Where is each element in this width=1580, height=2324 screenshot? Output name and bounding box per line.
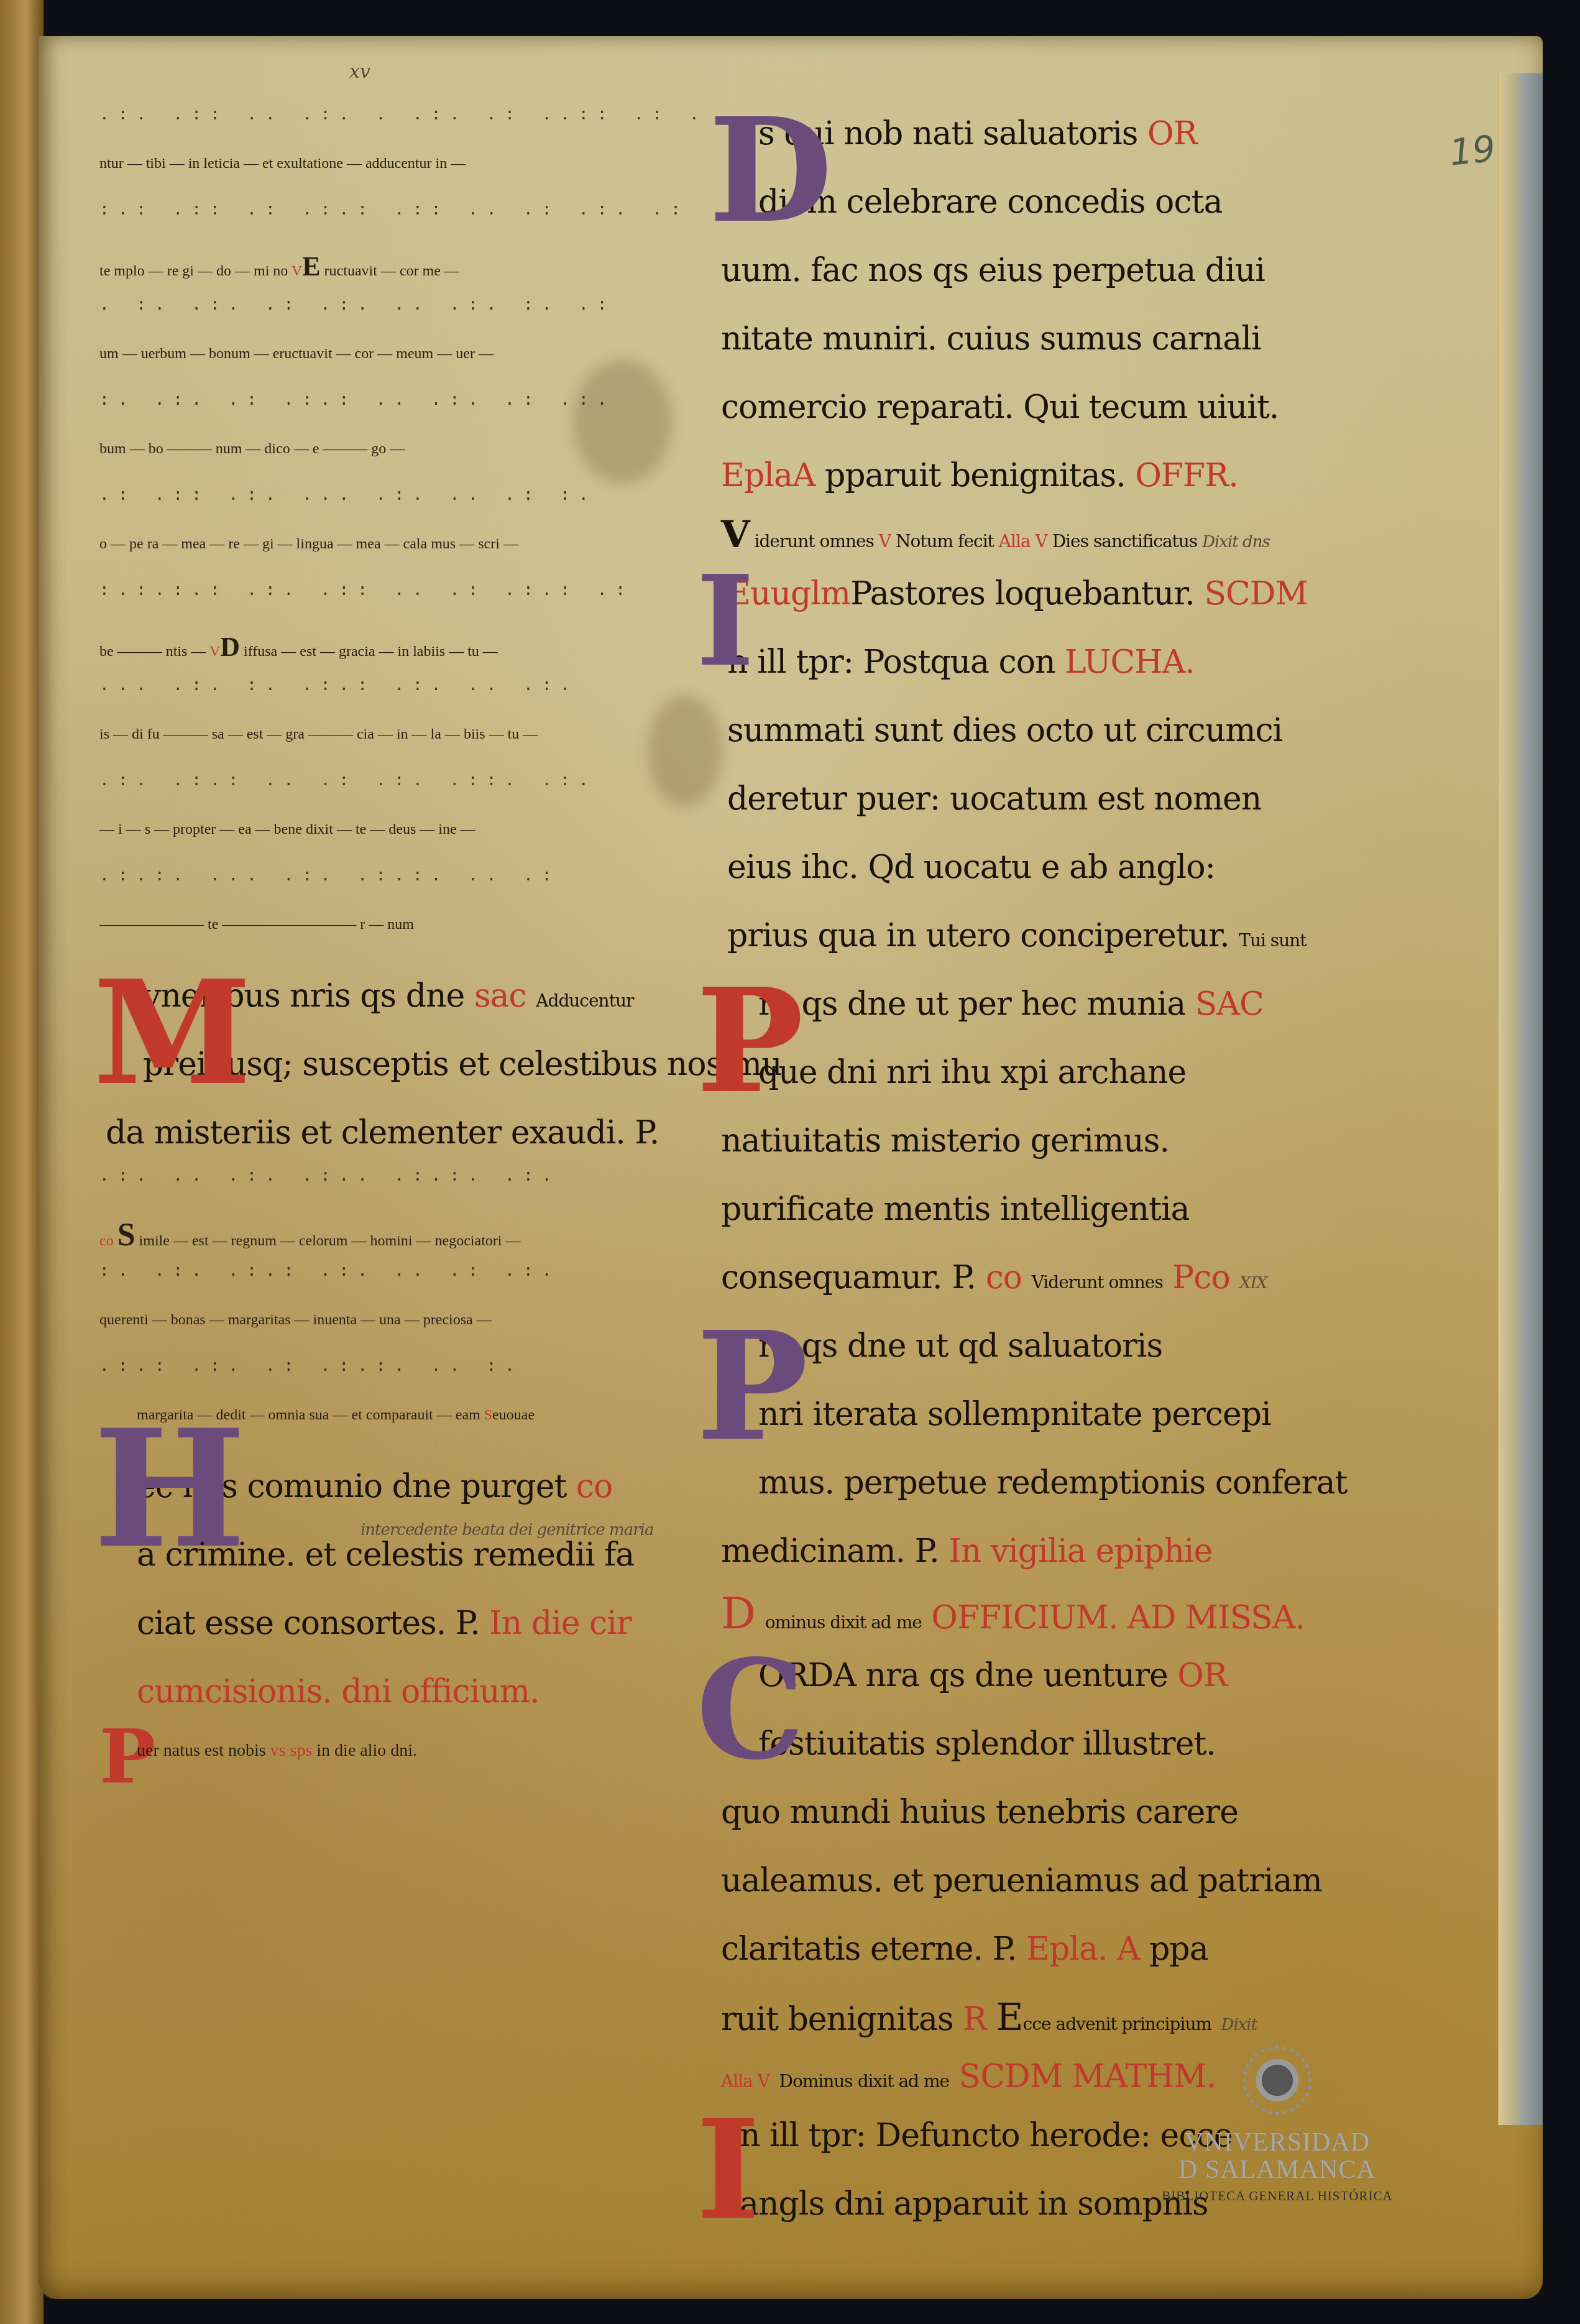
lyric-text: imile — est — regnum — celorum — homini … bbox=[139, 1233, 521, 1249]
rubric: OR bbox=[1177, 1657, 1227, 1694]
marginal-note: Dixit bbox=[1221, 2016, 1257, 2034]
text-line: nri iterata sollempnitate percepi bbox=[758, 1380, 1280, 1449]
lyric: — i — s — propter — ea — bene dixit — te… bbox=[99, 821, 696, 848]
versal-initial: E bbox=[996, 1996, 1023, 2039]
neumes: ... .:. :. .:.: .:. .. .:. bbox=[99, 676, 696, 726]
introit-cue: P uer natus est nobis vs sps in die alio… bbox=[99, 1726, 696, 1794]
top-mark: xv bbox=[349, 61, 370, 83]
neumes: .: .:: .:. ... .:. .. .: :. bbox=[99, 486, 696, 536]
neumes: :. .:. .: .:.: .. .:. .: .:. bbox=[99, 391, 696, 441]
neumes: :. .:. .:.: .:. .. .: .:. bbox=[99, 1262, 696, 1312]
rubric: sac bbox=[474, 977, 526, 1015]
chant-cue: Notum fecit bbox=[896, 531, 994, 551]
text-line: ualeamus. et perueniamus ad patriam bbox=[721, 1847, 1280, 1915]
text: medicinam. P. bbox=[721, 1533, 939, 1570]
text-line: nitate muniri. cuius sumus carnali bbox=[721, 305, 1280, 373]
rubric: co bbox=[986, 1259, 1022, 1296]
stamp-city: D SALAMANCA bbox=[1153, 2156, 1402, 2183]
lyric: ntur — tibi — in leticia — et exultation… bbox=[99, 155, 696, 182]
rubric: Pco bbox=[1172, 1259, 1229, 1296]
neumes: .:. .:.: .. .: .:. .::. .:. bbox=[99, 772, 696, 821]
stamp-university: VNIVERSIDAD bbox=[1153, 2129, 1402, 2156]
rubric: In die cir bbox=[489, 1605, 631, 1642]
chant-cue: Tui sunt bbox=[1239, 930, 1306, 951]
lyric-text: iffusa — est — gracia — in labiis — tu — bbox=[244, 643, 498, 660]
rubric: Epla. bbox=[1026, 1930, 1107, 1968]
lyric-text: ructuavit — cor me — bbox=[324, 263, 459, 279]
text: Pastores loquebantur. bbox=[850, 575, 1195, 612]
interlinear-gloss: intercedente beata dei genitrice maria bbox=[361, 1496, 653, 1564]
folio-number: 19 bbox=[1448, 127, 1498, 173]
text-line: ruit benignitas R Ecce advenit principiu… bbox=[721, 1983, 1280, 2052]
versal-initial: S bbox=[117, 1217, 135, 1253]
lyric: is — di fu ——— sa — est — gra ——— cia — … bbox=[99, 726, 696, 753]
collect: D s qui nob nati saluatoris OR diem cele… bbox=[721, 99, 1280, 441]
lyric: um — uerbum — bonum — eructuavit — cor —… bbox=[99, 346, 696, 372]
initial-letter: I bbox=[696, 2101, 760, 2238]
rubric: OFFR. bbox=[1135, 457, 1238, 494]
chant-cue: cce advenit principium bbox=[1023, 2014, 1211, 2034]
chant-line: :.: .:: .: .:.: .:: .. .: .:. .: te mplo… bbox=[99, 201, 696, 277]
chant-line: :. .:. .:.: .:. .. .: .:. querenti — bon… bbox=[99, 1262, 696, 1339]
chant-cue: uer natus est nobis bbox=[137, 1741, 266, 1760]
text-line: a crimine. et celestis remedii fainterce… bbox=[137, 1521, 696, 1589]
initial-letter: P bbox=[696, 970, 804, 1113]
lyric-text: be ——— ntis — bbox=[99, 643, 206, 660]
lyric: te mplo — re gi — do — mi no VE ructuavi… bbox=[99, 251, 696, 277]
lyric: ——————— te ————————— r — num bbox=[99, 916, 696, 943]
text: ppa bbox=[1149, 1930, 1208, 1968]
rubric-verse: V bbox=[209, 643, 220, 660]
rubric: SAC bbox=[1195, 985, 1264, 1023]
text-line: s qui nob nati saluatoris OR bbox=[758, 99, 1280, 168]
university-seal-icon bbox=[1242, 2045, 1312, 2115]
lyric: bum — bo ——— num — dico — e ——— go — bbox=[99, 441, 696, 468]
chant-cue-line: V iderunt omnes V Notum fecit Alla V Die… bbox=[721, 510, 1280, 560]
neumes: . :. .:. .: .:. .. .:. :. .: bbox=[99, 296, 696, 346]
rubric: co bbox=[99, 1233, 114, 1249]
chant-cue: Dominus dixit ad me bbox=[779, 2071, 949, 2091]
text-line: EuuglmPastores loquebantur. SCDM bbox=[727, 560, 1280, 628]
rubric: R bbox=[963, 2001, 986, 2038]
previous-leaf-edge bbox=[0, 0, 44, 2324]
right-column: D s qui nob nati saluatoris OR diem cele… bbox=[721, 99, 1280, 2238]
chant-line: .: .:: .:. ... .:. .. .: :. o — pe ra — … bbox=[99, 486, 696, 563]
stamp-library: BIBLIOTECA GENERAL HISTÓRICA bbox=[1153, 2188, 1402, 2204]
chant-line: ... .:. :. .:.: .:. .. .:. is — di fu ——… bbox=[99, 676, 696, 753]
marginal-note: Dixit dns bbox=[1202, 533, 1270, 551]
rubric: In vigilia epiphie bbox=[948, 1533, 1212, 1570]
rubric: V bbox=[1036, 531, 1047, 551]
text-line: ciat esse consortes. P. In die cir bbox=[137, 1589, 696, 1658]
rubric: Epla bbox=[721, 457, 792, 494]
text-line: festiuitatis splendor illustret. bbox=[758, 1710, 1280, 1778]
chant-cue: Adducentur bbox=[536, 990, 633, 1011]
communion-chant: .:. .. .:. .:.. .:.:. .:. co S imile — e… bbox=[99, 1167, 696, 1243]
text: in die alio dni. bbox=[316, 1741, 417, 1760]
text-line: deretur puer: uocatum est nomen bbox=[727, 765, 1280, 833]
chant-cue: Viderunt omnes bbox=[1032, 1272, 1163, 1293]
secret-prayer: M vneribus nris qs dne sac Adducentur pr… bbox=[99, 962, 696, 1167]
neumes: .:. .:: .. .:. . .:. .: ..:: .: .:. bbox=[99, 106, 696, 155]
chant-line: :. .:. .: .:.: .. .:. .: .:. bum — bo ——… bbox=[99, 391, 696, 468]
rubric-line: cumcisionis. dni officium. bbox=[137, 1658, 696, 1726]
chant-line: . :. .:. .: .:. .. .:. :. .: um — uerbum… bbox=[99, 296, 696, 372]
text: ORDA nra qs dne uenture bbox=[758, 1657, 1168, 1694]
text: pparuit benignitas. bbox=[825, 457, 1126, 494]
lyric-text: te mplo — re gi — do — mi no bbox=[99, 263, 288, 279]
text-line: ra qs dne ut qd saluatoris bbox=[758, 1312, 1280, 1380]
initial-letter: D bbox=[709, 99, 832, 242]
marginal-note: XIX bbox=[1239, 1274, 1267, 1293]
neumes: :.: .:: .: .:.: .:: .. .: .:. .: bbox=[99, 201, 696, 251]
rubric: V bbox=[879, 531, 891, 551]
text-line: n ill tpr: Postqua con LUCHA. bbox=[727, 628, 1280, 696]
rubric: LUCHA. bbox=[1065, 643, 1195, 681]
neumes: :.:.:.: .:. .:: .. .: .:.: .: bbox=[99, 581, 696, 631]
chant-line: .:. .:: .. .:. . .:. .: ..:: .: .:. ntur… bbox=[99, 106, 696, 182]
rubric: vs sps bbox=[270, 1741, 313, 1760]
text: claritatis eterne. P. bbox=[721, 1930, 1017, 1968]
lyric: co S imile — est — regnum — celorum — ho… bbox=[99, 1217, 696, 1243]
rubric-initial: A bbox=[792, 457, 815, 494]
collect: C ORDA nra qs dne uenture OR festiuitati… bbox=[721, 1641, 1280, 2101]
versal-initial: E bbox=[302, 251, 320, 282]
rubric: Alla bbox=[999, 531, 1031, 551]
text: consequamur. P. bbox=[721, 1259, 976, 1296]
postcommunion: H ec nos comunio dne purget co a crimine… bbox=[99, 1452, 696, 1726]
postcommunion: P ra qs dne ut qd saluatoris nri iterata… bbox=[721, 1312, 1280, 1585]
text-line: ra qs dne ut per hec munia SAC bbox=[758, 970, 1280, 1038]
rubric: A bbox=[1117, 1930, 1140, 1968]
rubric: S bbox=[484, 1407, 492, 1423]
chant-line: .:. .:.: .. .: .:. .::. .:. — i — s — pr… bbox=[99, 772, 696, 848]
neumes: .:.:. ... .:. .:.:. .. .: bbox=[99, 867, 696, 916]
text-line: natiuitatis misterio gerimus. bbox=[721, 1107, 1280, 1175]
initial-letter: P bbox=[696, 1312, 808, 1461]
lyric: be ——— ntis — VD iffusa — est — gracia —… bbox=[99, 631, 696, 658]
library-watermark: VNIVERSIDAD D SALAMANCA BIBLIOTECA GENER… bbox=[1153, 2045, 1402, 2204]
text-line: que dni nri ihu xpi archane bbox=[758, 1038, 1280, 1107]
gospel: I EuuglmPastores loquebantur. SCDM n ill… bbox=[721, 560, 1280, 970]
text-line: comercio reparati. Qui tecum uiuit. bbox=[721, 373, 1280, 441]
neumes: .:. .. .:. .:.. .:.:. .:. bbox=[99, 1167, 696, 1217]
text-line: prius qua in utero conciperetur. Tui sun… bbox=[727, 901, 1280, 970]
chant-cue: iderunt omnes bbox=[754, 531, 873, 551]
differentia: euouae bbox=[492, 1407, 535, 1423]
lyric: querenti — bonas — margaritas — inuenta … bbox=[99, 1312, 696, 1339]
rubric: OR bbox=[1147, 115, 1197, 152]
text: prius qua in utero conciperetur. bbox=[727, 917, 1229, 954]
text-line: eius ihc. Qd uocatu e ab anglo: bbox=[727, 833, 1280, 901]
initial-letter: C bbox=[696, 1641, 805, 1778]
text-line: diem celebrare concedis octa bbox=[758, 168, 1280, 236]
text-line: medicinam. P. In vigilia epiphie bbox=[721, 1517, 1280, 1585]
initial-letter: I bbox=[696, 560, 755, 684]
text: ruit benignitas bbox=[721, 2001, 953, 2038]
text-line: summati sunt dies octo ut circumci bbox=[727, 696, 1280, 765]
page-edge-stack bbox=[1498, 73, 1543, 2125]
text: n ill tpr: Postqua con bbox=[727, 643, 1055, 681]
chant-cue: Dies sanctificatus bbox=[1052, 531, 1198, 551]
text-line: ORDA nra qs dne uenture OR bbox=[758, 1641, 1280, 1710]
office-line: D ominus dixit ad me OFFICIUM. AD MISSA. bbox=[721, 1585, 1280, 1641]
text-line: quo mundi huius tenebris carere bbox=[721, 1778, 1280, 1847]
secret: P ra qs dne ut per hec munia SAC que dni… bbox=[721, 970, 1280, 1312]
text: ciat esse consortes. P. bbox=[137, 1605, 480, 1642]
text-line: mus. perpetue redemptionis conferat bbox=[758, 1449, 1280, 1517]
left-column: .:. .:: .. .:. . .:. .: ..:: .: .:. ntur… bbox=[99, 106, 696, 1794]
rubric: OFFICIUM. AD MISSA. bbox=[931, 1599, 1305, 1636]
chant-line: .:.:. ... .:. .:.:. .. .: ——————— te ———… bbox=[99, 867, 696, 943]
rubric-verse: V bbox=[292, 263, 302, 279]
epistle-line: EplaA pparuit benignitas. OFFR. bbox=[721, 441, 1280, 510]
lyric: uer natus est nobis vs sps in die alio d… bbox=[137, 1726, 696, 1778]
chant-line: :.:.:.: .:. .:: .. .: .:.: .: be ——— nti… bbox=[99, 581, 696, 658]
text-line: claritatis eterne. P. Epla. A ppa bbox=[721, 1915, 1280, 1983]
lyric: o — pe ra — mea — re — gi — lingua — mea… bbox=[99, 536, 696, 563]
text: ra qs dne ut per hec munia bbox=[758, 985, 1185, 1023]
rubric: SCDM bbox=[1204, 575, 1307, 612]
versal-initial: D bbox=[220, 632, 240, 662]
text-line: purificate mentis intelligentia bbox=[721, 1175, 1280, 1243]
initial-letter: M bbox=[93, 962, 252, 1105]
